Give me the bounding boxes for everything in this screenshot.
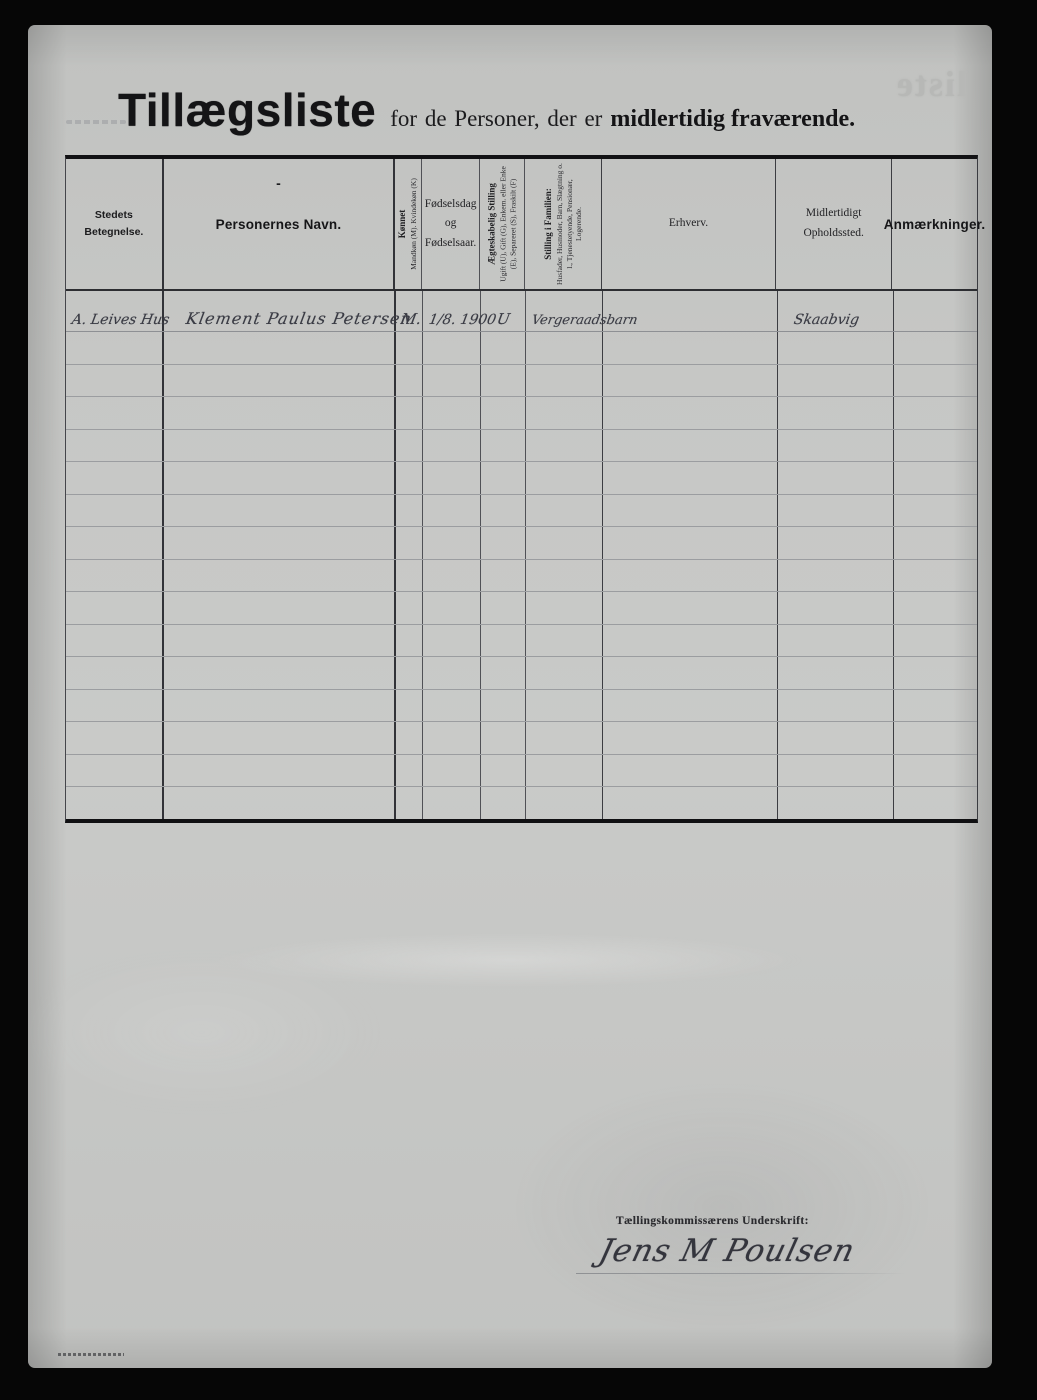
table-cell-empty: [423, 722, 481, 754]
handwritten-navn: Klement Paulus Petersen: [164, 311, 413, 331]
printer-mark: [58, 1353, 124, 1356]
handwritten-sted: A. Leives Hus: [66, 313, 170, 331]
table-cell-empty: [66, 625, 164, 657]
table-cell-empty: [526, 755, 603, 787]
table-cell-empty: [526, 332, 603, 364]
table-cell-empty: [164, 657, 396, 689]
table-cell-empty: [423, 787, 481, 819]
table-cell-empty: [894, 755, 977, 787]
table-cell-empty: [778, 365, 894, 397]
table-cell-empty: [66, 657, 164, 689]
table-row-empty: [66, 560, 977, 593]
table-cell-empty: [423, 527, 481, 559]
table-cell-empty: [66, 332, 164, 364]
table-cell-empty: [423, 625, 481, 657]
header-text: Stedets: [95, 207, 133, 224]
table-cell-empty: [481, 690, 526, 722]
table-cell-empty: [894, 787, 977, 819]
table-cell-empty: [481, 592, 526, 624]
header-midlertidigt-opholdssted: Midlertidigt Opholdssted.: [776, 159, 892, 289]
form-title-bold: midlertidig fraværende.: [610, 106, 855, 133]
table-cell-empty: [894, 397, 977, 429]
cell-familie: Vergeraadsbarn: [526, 291, 603, 331]
cell-navn: Klement Paulus Petersen: [164, 291, 396, 331]
table-cell-empty: [526, 365, 603, 397]
handwritten-anmaerkninger: [894, 327, 899, 331]
table-cell-empty: [423, 495, 481, 527]
table-cell-empty: [603, 722, 778, 754]
cell-aegteskab: U: [481, 291, 526, 331]
table-cell-empty: [603, 560, 778, 592]
header-stedets-betegnelse: Stedets Betegnelse.: [66, 159, 164, 289]
table-cell-empty: [164, 332, 396, 364]
form-title-main: Tillægsliste: [118, 83, 376, 137]
header-anmaerkninger: Anmærkninger.: [892, 159, 977, 289]
table-cell-empty: [778, 592, 894, 624]
table-cell-empty: [603, 332, 778, 364]
table-cell-empty: [396, 755, 423, 787]
header-text: Fødselsdag: [425, 195, 477, 215]
table-cell-empty: [603, 397, 778, 429]
header-fodselsdag: Fødselsdag og Fødselsaar.: [422, 159, 480, 289]
table-cell-empty: [526, 625, 603, 657]
header-text: Betegnelse.: [84, 224, 143, 241]
header-personernes-navn: - Personernes Navn.: [164, 159, 395, 289]
table-cell-empty: [66, 560, 164, 592]
table-cell-empty: [526, 787, 603, 819]
table-cell-empty: [66, 495, 164, 527]
table-cell-empty: [66, 397, 164, 429]
table-cell-empty: [526, 722, 603, 754]
table-cell-empty: [778, 657, 894, 689]
header-aegteskabelig-stilling: Ægteskabelig Stilling Ugift (U), Gift (G…: [480, 159, 525, 289]
table-cell-empty: [778, 495, 894, 527]
table-cell-empty: [481, 430, 526, 462]
table-row-empty: [66, 722, 977, 755]
table-cell-empty: [423, 430, 481, 462]
table-row-empty: [66, 592, 977, 625]
table-cell-empty: [894, 560, 977, 592]
scanned-census-form: liste Tillægsliste for de Personer, der …: [28, 25, 992, 1368]
table-cell-empty: [603, 625, 778, 657]
dash-mark: -: [164, 175, 393, 191]
table-cell-empty: [526, 657, 603, 689]
table-cell-empty: [164, 787, 396, 819]
table-cell-empty: [481, 722, 526, 754]
header-text: Anmærkninger.: [884, 217, 986, 232]
header-text: Midlertidigt: [806, 204, 862, 224]
handwritten-kon: M.: [396, 312, 422, 331]
form-title: Tillægsliste for de Personer, der er mid…: [118, 83, 948, 137]
table-cell-empty: [526, 560, 603, 592]
table-cell-empty: [603, 527, 778, 559]
table-cell-empty: [778, 527, 894, 559]
table-row-empty: [66, 527, 977, 560]
table-cell-empty: [894, 527, 977, 559]
table-cell-empty: [423, 657, 481, 689]
table-cell-empty: [481, 657, 526, 689]
form-title-rest: for de Personer, der er: [390, 106, 602, 132]
table-cell-empty: [603, 592, 778, 624]
table-cell-empty: [396, 365, 423, 397]
table-header-row: Stedets Betegnelse. - Personernes Navn. …: [66, 159, 977, 291]
table-cell-empty: [396, 625, 423, 657]
table-cell-empty: [894, 495, 977, 527]
table-cell-empty: [526, 430, 603, 462]
table-cell-empty: [396, 332, 423, 364]
table-cell-empty: [481, 527, 526, 559]
table-cell-empty: [526, 592, 603, 624]
rotated-header: Stilling i Familien: Husfader, Husmoder,…: [543, 162, 583, 286]
table-cell-empty: [164, 625, 396, 657]
table-cell-empty: [778, 397, 894, 429]
handwritten-opholdssted: Skaabvig: [778, 313, 860, 331]
signature-line: [576, 1273, 906, 1274]
table-row-empty: [66, 787, 977, 819]
table-cell-empty: [603, 755, 778, 787]
table-cell-empty: [481, 787, 526, 819]
header-text: Fødselsaar.: [425, 234, 476, 254]
table-cell-empty: [423, 462, 481, 494]
table-cell-empty: [423, 592, 481, 624]
cell-anmaerkninger: [894, 291, 977, 331]
table-cell-empty: [778, 560, 894, 592]
table-cell-empty: [66, 430, 164, 462]
header-text: og: [445, 214, 457, 234]
table-cell-empty: [894, 430, 977, 462]
table-cell-empty: [396, 690, 423, 722]
table-cell-empty: [778, 722, 894, 754]
table-cell-empty: [603, 657, 778, 689]
table-cell-empty: [778, 462, 894, 494]
table-cell-empty: [66, 690, 164, 722]
cell-fodsel: 1/8. 1900: [423, 291, 481, 331]
table-cell-empty: [66, 527, 164, 559]
table-cell-empty: [423, 332, 481, 364]
table-cell-empty: [396, 560, 423, 592]
table-cell-empty: [778, 690, 894, 722]
table-cell-empty: [526, 462, 603, 494]
table-cell-empty: [423, 755, 481, 787]
table-cell-empty: [66, 462, 164, 494]
header-subtext: Husfader, Husmoder, Barn, Slægtning o. l…: [555, 162, 583, 286]
table-cell-empty: [396, 397, 423, 429]
table-cell-empty: [603, 495, 778, 527]
table-cell-empty: [603, 462, 778, 494]
table-row-entry-1: A. Leives Hus Klement Paulus Petersen M.…: [66, 291, 977, 332]
table-cell-empty: [66, 787, 164, 819]
table-cell-empty: [603, 787, 778, 819]
table-cell-empty: [164, 462, 396, 494]
table-cell-empty: [894, 657, 977, 689]
table-cell-empty: [778, 787, 894, 819]
table-cell-empty: [396, 462, 423, 494]
table-row-empty: [66, 365, 977, 398]
table-cell-empty: [66, 755, 164, 787]
rotated-header: Ægteskabelig Stilling Ugift (U), Gift (G…: [486, 162, 517, 286]
table-cell-empty: [164, 365, 396, 397]
table-cell-empty: [778, 625, 894, 657]
table-cell-empty: [894, 625, 977, 657]
table-cell-empty: [894, 332, 977, 364]
table-body-empty: [66, 332, 977, 819]
table-cell-empty: [423, 365, 481, 397]
table-row-empty: [66, 755, 977, 788]
table-cell-empty: [894, 690, 977, 722]
table-row-empty: [66, 462, 977, 495]
cell-kon: M.: [396, 291, 423, 331]
table-cell-empty: [396, 527, 423, 559]
table-cell-empty: [164, 527, 396, 559]
table-cell-empty: [164, 690, 396, 722]
signature-label: Tællingskommissærens Underskrift:: [616, 1215, 809, 1227]
table-cell-empty: [603, 690, 778, 722]
table-cell-empty: [603, 365, 778, 397]
signature-handwritten: Jens M Poulsen: [596, 1233, 859, 1269]
table-cell-empty: [481, 332, 526, 364]
table-cell-empty: [894, 722, 977, 754]
table-cell-empty: [894, 462, 977, 494]
table-cell-empty: [481, 462, 526, 494]
table-cell-empty: [481, 495, 526, 527]
table-row-empty: [66, 430, 977, 463]
rotated-header: Kønnet Mandkøn (M). Kvindekøn (K): [397, 162, 419, 286]
table-cell-empty: [164, 755, 396, 787]
header-text: Personernes Navn.: [216, 217, 342, 232]
cell-sted: A. Leives Hus: [66, 291, 164, 331]
table-cell-empty: [423, 690, 481, 722]
table-cell-empty: [526, 690, 603, 722]
table-cell-empty: [526, 527, 603, 559]
table-cell-empty: [481, 625, 526, 657]
table-cell-empty: [164, 722, 396, 754]
table-cell-empty: [396, 657, 423, 689]
header-subtext: Ugift (U), Gift (G), Enkem. eller Enke (…: [499, 162, 518, 286]
table-cell-empty: [396, 787, 423, 819]
table-cell-empty: [778, 755, 894, 787]
table-cell-empty: [778, 430, 894, 462]
scan-mark: [66, 120, 126, 124]
table-cell-empty: [778, 332, 894, 364]
table-cell-empty: [164, 560, 396, 592]
table-cell-empty: [396, 592, 423, 624]
table-row-empty: [66, 495, 977, 528]
table-cell-empty: [396, 722, 423, 754]
table-row-empty: [66, 657, 977, 690]
header-text: Opholdssted.: [803, 224, 863, 244]
table-cell-empty: [396, 430, 423, 462]
table-cell-empty: [526, 495, 603, 527]
handwritten-familie: Vergeraadsbarn: [526, 314, 638, 331]
table-row-empty: [66, 332, 977, 365]
table-cell-empty: [603, 430, 778, 462]
cell-opholdssted: Skaabvig: [778, 291, 894, 331]
header-konnet: Kønnet Mandkøn (M). Kvindekøn (K): [395, 159, 422, 289]
table-cell-empty: [423, 397, 481, 429]
table-cell-empty: [481, 560, 526, 592]
header-text: Ægteskabelig Stilling: [486, 162, 497, 286]
table-row-empty: [66, 690, 977, 723]
handwritten-aegteskab: U: [481, 312, 511, 331]
table-cell-empty: [164, 495, 396, 527]
table-cell-empty: [66, 722, 164, 754]
table-cell-empty: [164, 397, 396, 429]
header-text: Stilling i Familien:: [543, 162, 554, 286]
header-text: Erhverv.: [669, 214, 708, 234]
table-cell-empty: [481, 397, 526, 429]
table-cell-empty: [894, 365, 977, 397]
header-subtext: Mandkøn (M). Kvindekøn (K): [410, 162, 419, 286]
table-row-empty: [66, 625, 977, 658]
table-cell-empty: [481, 755, 526, 787]
table-cell-empty: [423, 560, 481, 592]
table-cell-empty: [66, 592, 164, 624]
table-row-empty: [66, 397, 977, 430]
header-text: Kønnet: [397, 162, 408, 286]
census-table: Stedets Betegnelse. - Personernes Navn. …: [65, 155, 978, 823]
table-cell-empty: [164, 430, 396, 462]
table-cell-empty: [526, 397, 603, 429]
header-stilling-i-familien: Stilling i Familien: Husfader, Husmoder,…: [525, 159, 602, 289]
table-cell-empty: [164, 592, 396, 624]
table-cell-empty: [66, 365, 164, 397]
header-erhverv: Erhverv.: [602, 159, 777, 289]
table-cell-empty: [894, 592, 977, 624]
table-cell-empty: [481, 365, 526, 397]
table-cell-empty: [396, 495, 423, 527]
